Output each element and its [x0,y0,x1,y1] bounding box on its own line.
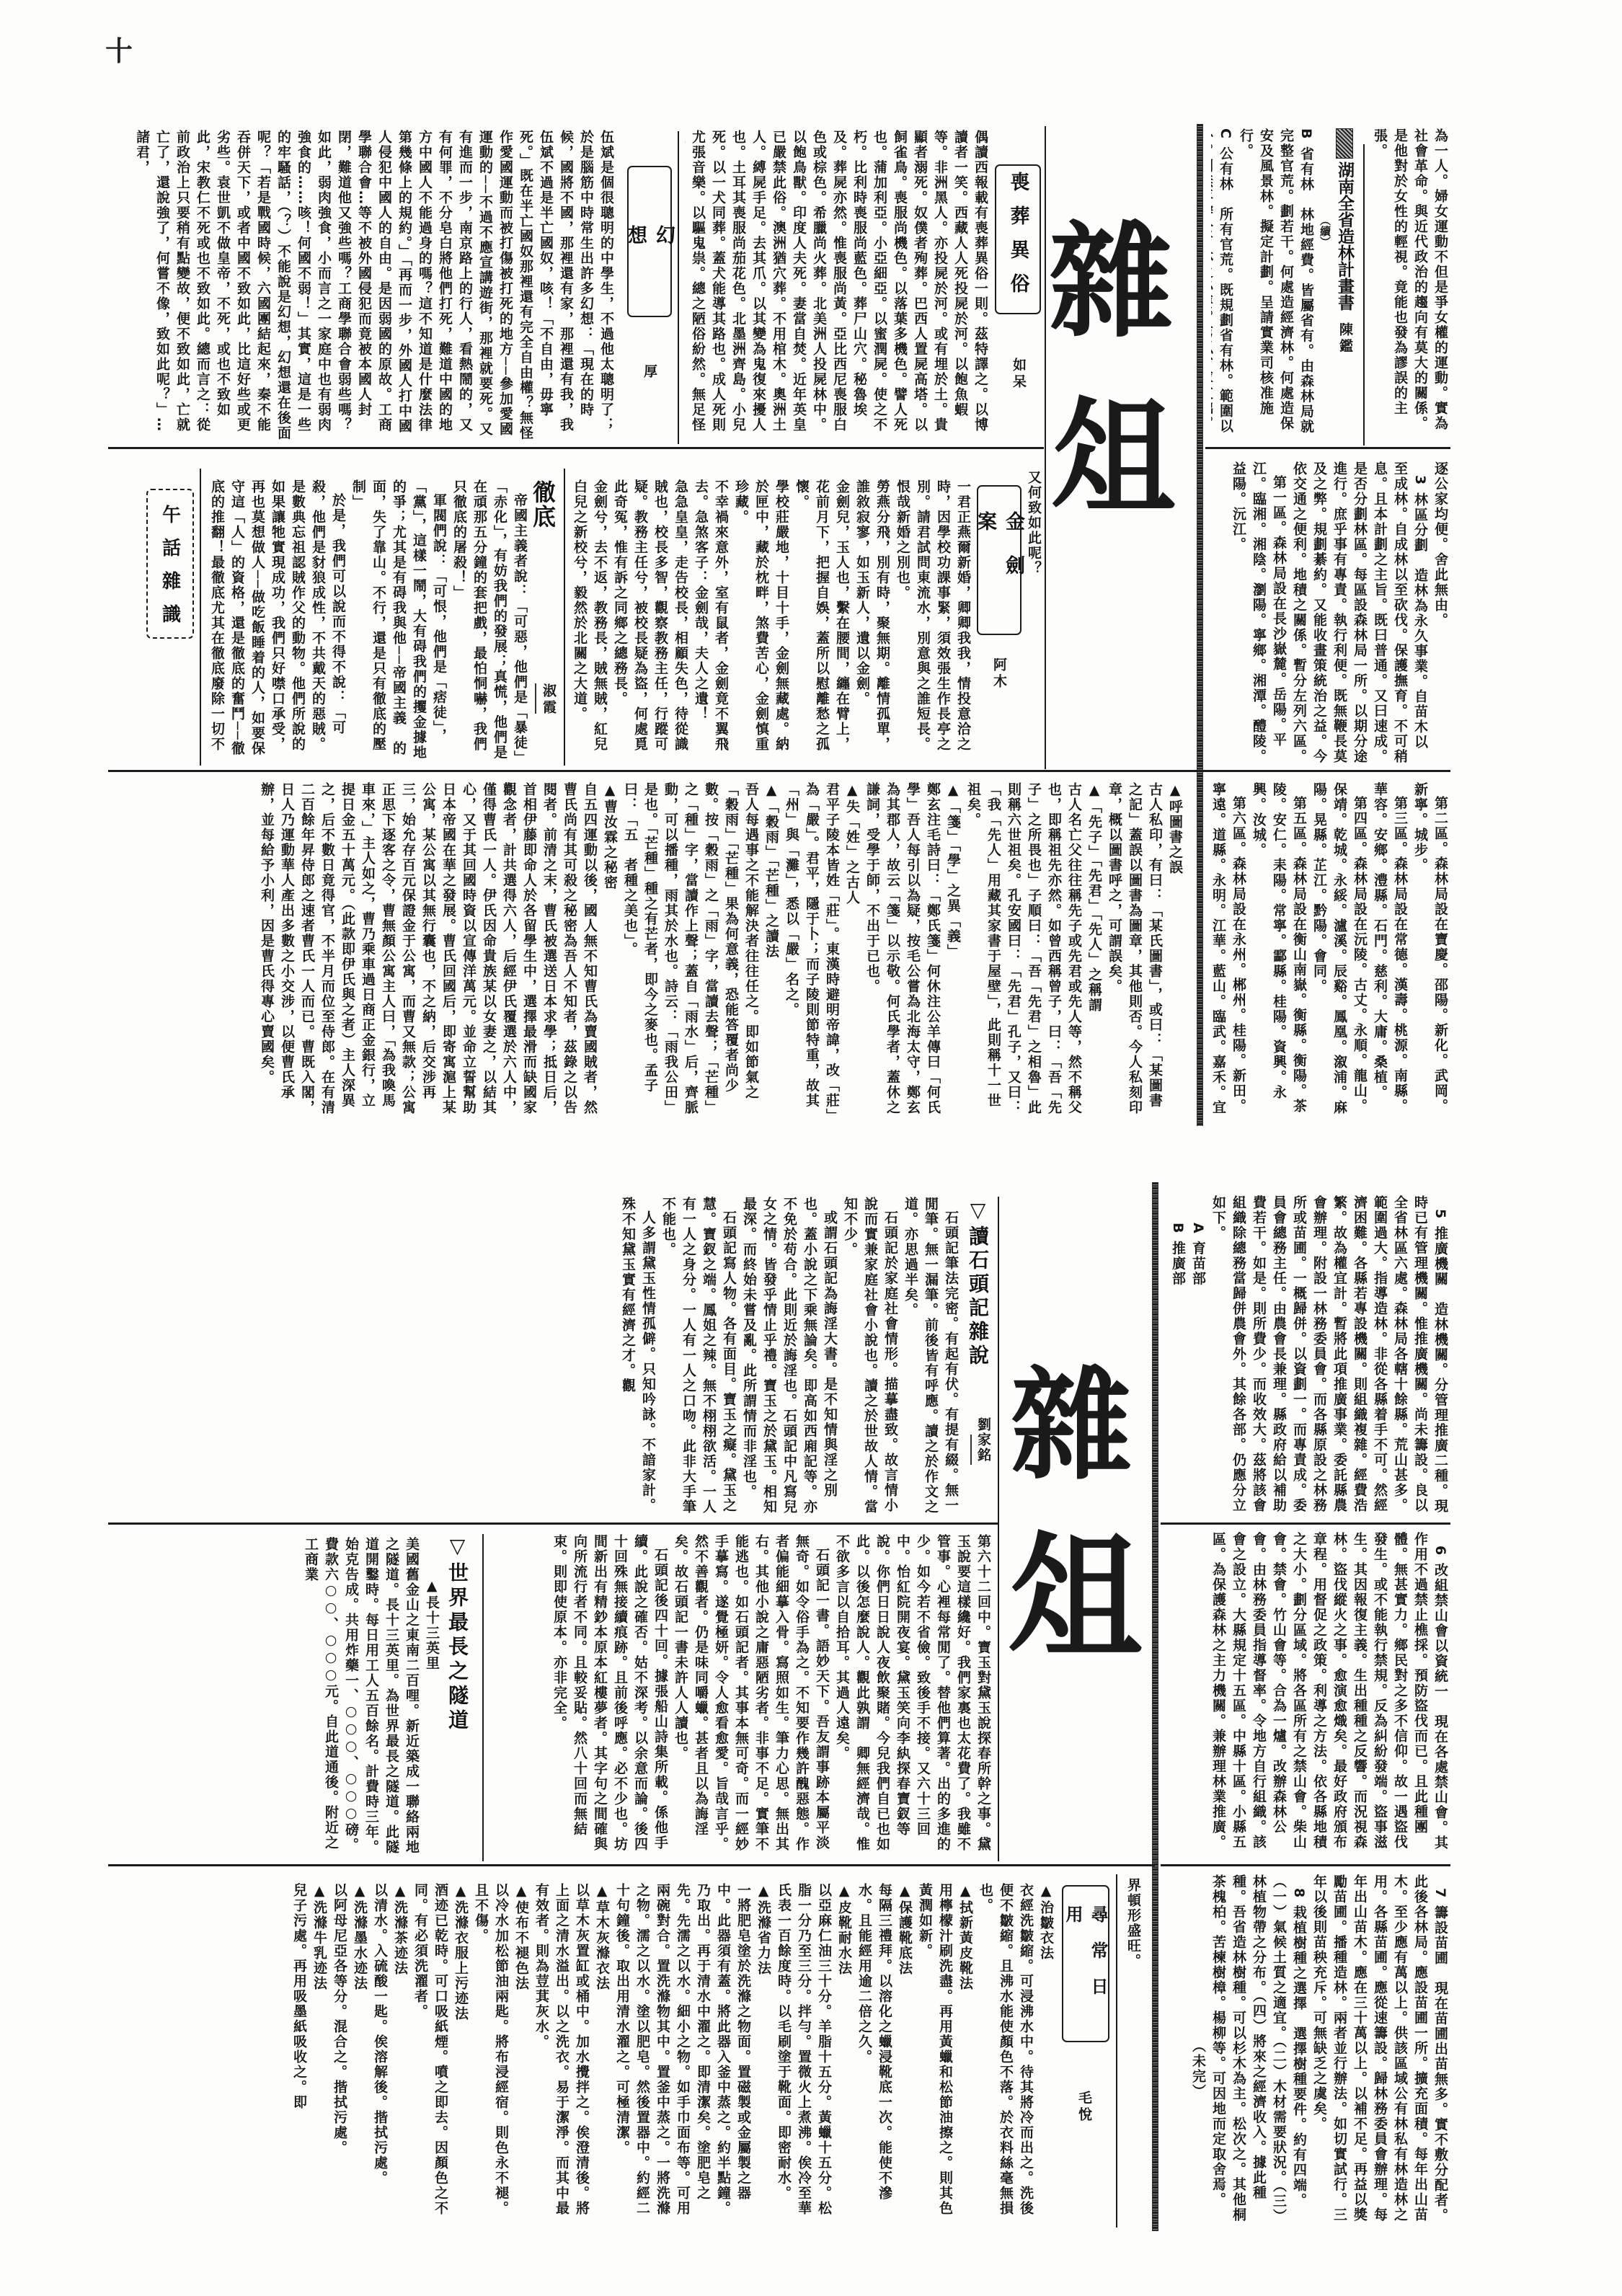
thorough-author: 淑霞 [539,683,559,717]
note-body: 鄭玄注毛詩曰：「鄭氏箋」何休注公羊傳曰「何氏學」吾人每引以為疑，按毛公嘗為北海太… [862,782,943,1122]
forestry-plan-part1: B 省有林 林地經費。皆屬省有。由森林局就完整官荒。劃若干。何處造經濟林。何處造… [1211,128,1316,446]
noon-notes-title: 午話雜識 [157,505,184,637]
tip-heading: ▲拭新黃皮靴法 [955,1883,975,2228]
daily-use-body: ▲治皺衣法 衣經洗皺縮。可浸沸水中。待其將冷而出之。洗後便不皺縮。且沸水能使顏色… [112,1883,1056,2228]
article-text: 美國舊金山之東南二百哩。新近築成一聯絡兩地之隧道。長十三英里。為世界最長之隧道。… [301,1537,422,1863]
article-text: 界頓形盛旺。 [1123,1878,1143,2022]
tip-heading: ▲洗滌牛乳迹法 [309,1883,329,2228]
article-text: 偶讀西報載有喪葬異俗一則。茲特譯之。以博讀者一笑。西藏人人死投屍於河。以飽魚蝦等… [685,130,991,444]
funeral-customs-body: 偶讀西報載有喪葬異俗一則。茲特譯之。以博讀者一笑。西藏人人死投屍於河。以飽魚蝦等… [685,130,991,444]
tip-body: 以亞麻仁油三十分。羊脂十五分。黃蠟十五分。松脂一分乃至三分。拌勻。置微火上煮沸。… [774,1883,834,2228]
tip-body: 以清水。入硫酸一匙。俟溶解後。揩拭污處。 [370,1883,390,2228]
tunnel-header: ▽世界最長之隧道 [446,1534,471,1743]
article-paragraph: 第六十二回中。寶玉對黛玉說探春所幹之事。黛玉說要這樣纔好。我們家裏也太花費了。我… [832,1534,993,1861]
stone-story-author: 劉家銘 [974,1417,993,1463]
article-paragraph: 石頭記寫人物。各有面目。寶玉之癡。黛玉之慧。寶釵之端。鳳姐之辣。無不栩栩欲活。一… [658,1197,739,1518]
stone-story-title: 讀石頭記雜說 [966,1225,990,1368]
note-heading: ▲「先子」「先君」「先人」之稱謂 [1084,782,1104,1122]
forestry-plan-part6: 7 籌設苗圃 現在苗圃出苗無多。實不敷分配者。此後各林局。應設苗圃一所。擴充面積… [1162,1874,1450,2228]
article-paragraph: 人多謂黛玉性情孤僻。只知吟詠。不諳家計。殊不知黛玉實有經濟之才。觀 [618,1197,658,1518]
to-be-continued-note: （未完） [1368,128,1370,446]
article-paragraph: 學校莊嚴地，十目十手，金劍無藏處。納於匣中，藏於枕畔，煞費苦心，金劍慎重珍藏。 [731,479,792,765]
article-paragraph: 軍閥們說：「可恨，他們是「痞徒」，「黨」，這樣一鬧，大有碍我們的攫金據地的爭；尤… [348,479,449,765]
forestry-paragraph: 7 籌設苗圃 現在苗圃出苗無多。實不敷分配者。此後各林局。應設苗圃一所。擴充面積… [1309,1874,1450,2228]
forestry-paragraph: C 公有林 所有官荒。既規劃省有林。範圍以外。則無再辦公有林之必要。第以省庫支絀… [1211,128,1236,446]
article-paragraph: 或謂石頭記為誨淫大書。是不知情與淫之別也。蓋小說之下乘無論矣。即高如西廂記等。亦… [739,1197,840,1518]
tip-body: 兒子污處。再用吸墨紙吸收之。即 [289,1883,309,2228]
forestry-plan-part3: 第二區。森林局設在寶慶。邵陽。新化。武岡。新寧。城步。 第三區。森林局設在常德。… [1211,782,1450,1121]
note-heading: ▲失「姓」之古人 [842,782,862,1122]
column-title-char-1: 雜 [1011,1365,1132,1486]
tip-heading: ▲洗滌省力法 [753,1883,774,2228]
column-divider [1363,144,1365,446]
horizontal-rule [1161,1864,1450,1866]
forestry-plan-part5: 6 改組禁山會以資統一 現在各處禁山會。其作用不過禁止樵採。預防盜伐而已。且此種… [1162,1532,1450,1860]
fantasy-title-box: 幻想 [627,166,672,317]
forestry-paragraph: 3 林區分劃 造林為永久事業。自苗木以至成林。自成林以至砍伐。保護撫育。不可稍息… [1289,461,1430,764]
tip-heading: ▲皮靴耐水法 [834,1883,854,2228]
forestry-paragraph: 第四區。森林局設在沅陵。古丈。永順。龍山。保靖。乾城。永綏。瀘溪。辰谿。鳳凰。溆… [1309,782,1370,1121]
column-divider [564,469,565,766]
forestry-paragraph: B 省有林 林地經費。皆屬省有。由森林局就完整官荒。劃若干。何處造經濟林。何處造… [1236,128,1316,446]
fantasy-title: 幻想 [621,225,678,316]
tip-body: 酒迹已乾時。可口吸紙煙。噴之即去。因顏色之不同。有必須洗濯者。 [410,1883,451,2228]
tunnel-subheading: ▲長十三英里 [422,1537,442,1863]
forestry-paragraph: 8 栽植樹種之選擇 選擇樹種要件。約有四端。（一）氣候土質之適宜。（二）木材需要… [1208,1874,1309,2228]
fantasy-author: 厚 [640,364,660,381]
note-body: 自五四運動以後，國人無不知曹氏為賣國賊者，然曹氏尚有其可殺之秘密為吾人不知者，茲… [257,782,600,1122]
golden-sword-title-box: 金劍案 [977,485,1021,635]
note-heading: ▲呼圖書之誤 [1165,782,1185,1122]
tip-heading: ▲治皺衣法 [1036,1883,1056,2228]
column-divider [200,469,201,766]
tip-body: 以冷水加松節油兩匙。將布浸經宿。則色永不褪。且不傷。 [471,1883,511,2228]
article-paragraph: 勞燕分飛，別有時，聚無期。離情孤單，誰敘寂寥，如玉新人，遺以金劍。 [852,479,892,765]
horizontal-rule [1161,1522,1450,1525]
forestry-paragraph: 6 改組禁山會以資統一 現在各處禁山會。其作用不過禁止樵採。預防盜伐而已。且此種… [1208,1532,1450,1860]
forestry-paragraph: 第一區。森林局設在長沙嶽麓。岳陽。平江。臨湘。湘陰。瀏陽。寧鄉。湘潭。醴陵。益陽… [1228,461,1289,764]
column-divider [482,1534,484,1861]
triangle-marker-icon: ▽ [446,1534,469,1562]
tip-body: 以草木灰置缸或桶中。加水攪拌之。俟澄清後。將上面之清水溢出。以之洗衣。易于潔淨。… [531,1883,592,2228]
forestry-plan-part4: 5 推廣機關 造林機關。分管理推廣二種。現時已有管理機關。惟推廣機關。尚未籌設。… [1162,1195,1450,1517]
horizontal-rule [1205,447,1450,449]
author-bracket [535,683,536,714]
forestry-plan-title: 湖南全省造林計畫書 [1335,161,1354,311]
tip-heading: ▲保護靴底法 [895,1883,915,2228]
horizontal-rule [108,447,1044,449]
daily-use-title: 尋常日用 [1060,1905,1111,2041]
forestry-paragraph: 第六區。森林局設在永州。郴州。桂陽。新田。寧遠。道縣。永明。江華。藍山。臨武。嘉… [1211,782,1249,1121]
horizontal-rule [108,1864,1155,1866]
forestry-plan-part2: 逐公家均便。舍此無由。 3 林區分劃 造林為永久事業。自苗木以至成林。自成林以至… [1211,461,1450,764]
golden-sword-author: 阿木 [990,657,1009,691]
decorative-border-top [1197,124,1203,1126]
article-paragraph: 石頭記一書。語妙天下。吾友謂事跡本屬平淡無奇。如令俗手為之。不知要作幾許醜惡態。… [670,1534,832,1861]
forestry-paragraph: 逐公家均便。舍此無由。 [1430,461,1450,764]
tunnel-title: 世界最長之隧道 [446,1562,469,1734]
article-paragraph: 於是，我們可以說而不得不說：「可殺，他們是豺狼成性，不共戴天的惡賊。是數典忘祖認… [205,479,348,765]
thorough-body: 帝國主義者說：「可惡，他們是「暴徒」「赤化」，有妨我們的發展；真慌，他們是在頑那… [205,479,530,765]
tip-body: 每隔三禮拜。以溶化之蠟浸靴底一次。能使不滲水。且能經用逾二倍之久。 [854,1883,895,2228]
column-divider [998,1197,999,1861]
tunnel-body: ▲長十三英里 美國舊金山之東南二百哩。新近築成一聯絡兩地之隧道。長十三英里。為世… [112,1537,442,1863]
stone-story-body-a: 石頭記筆法完密。有起有伏。有提有綴。無一閒筆。無一漏筆。前後皆有呼應。讀之於作文… [112,1197,961,1518]
funeral-customs-title: 喪葬異俗 [1004,172,1032,307]
tip-heading: ▲使布不褪色法 [511,1883,531,2228]
newspaper-page: 十 為一人。婦女運動不但是爭女權的運動。實為社會革命。與近代政治的趨向有莫大的關… [0,0,1622,2296]
forestry-paragraph: 第五區。森林局設在衡山南嶽。衡縣。衡陽。茶陵。安仁。耒陽。常寧。酃縣。桂陽。資興… [1249,782,1309,1121]
article-paragraph: 一君正燕爾新婚，卿卿我我，情投意洽之時，因學校功課事緊，須效張生作長亭之別。請君… [892,479,973,765]
article-paragraph: 帝國主義者說：「可惡，他們是「暴徒」「赤化」，有妨我們的發展；真慌，他們是在頑那… [449,479,530,765]
tip-body: 用檸檬汁刷洗盡。再用黃蠟和松節油擦之。則其色黃潤如新。 [915,1883,955,2228]
continued-label: （續） [1318,215,1332,265]
column-divider [1045,126,1046,769]
daily-use-title-box: 尋常日用 [1062,1885,1109,2042]
prev-article-ending: 為一人。婦女運動不但是爭女權的運動。實為社會革命。與近代政治的趨向有莫大的關係。… [1368,128,1450,446]
note-heading: ▲「箋」「學」之異「義」 [943,782,963,1122]
forestry-paragraph: 5 推廣機關 造林機關。分管理推廣二種。現時已有管理機關。惟推廣機關。尚未籌設。… [1208,1195,1450,1517]
forestry-plan-title-column: 湖南全省造林計畫書 [1332,128,1355,323]
corner-mark: 十 [105,29,133,68]
noon-notes-title-box: 午話雜識 [146,489,194,639]
prev-article-text: 為一人。婦女運動不但是爭女權的運動。實為社會革命。與近代政治的趨向有莫大的關係。… [1370,128,1450,446]
article-paragraph: 金劍兒，玉人也，繫在腰間，纏在臂上，花前月下，把握自娛，蓋所以慰離愁之孤懷。 [792,479,852,765]
title-ornament-icon [1336,128,1353,159]
forestry-paragraph: 第二區。森林局設在寶慶。邵陽。新化。武岡。新寧。城步。 [1410,782,1450,1121]
column-title-char-2: 俎 [1008,1530,1142,1664]
golden-sword-body: 一君正燕爾新婚，卿卿我我，情投意洽之時，因學校功課事緊，須效張生作長亭之別。請君… [570,479,973,765]
golden-sword-title: 金劍案 [971,511,1027,634]
article-paragraph: 石頭記筆法完密。有起有伏。有提有綴。無一閒筆。無一漏筆。前後皆有呼應。讀之於作文… [900,1197,961,1518]
article-paragraph: 不幸禍來意外，室有鼠者，金劍竟不翼飛去。急煞客子：金劍哉，夫人之遺！ [691,479,731,765]
tip-heading: ▲草木灰滌衣法 [592,1883,612,2228]
column-divider [678,131,679,444]
note-body: 古人私印，有曰：「某氏圖書」，或曰：「某圖書之記」蓋誤以圖書為圖章，其他則否。今… [1104,782,1165,1122]
article-text: 伍斌是個很聰明的中學生，不過他太聰明了；於是腦筋中時常生出許多幻想：「現在的時候… [137,130,616,444]
horizontal-rule [108,1522,999,1525]
column-divider [1116,1874,1117,2228]
decorative-border-bottom [1152,1182,1158,2231]
tip-heading: ▲洗滌茶迹法 [390,1883,410,2228]
note-heading: ▲「穀雨」「芒種」之讀法 [761,782,781,1122]
article-paragraph: 石頭記於家庭社會情形。描摹盡致。故言情小說而實兼家庭社會小說也。讀之於世故人情。… [840,1197,900,1518]
column-title-char-1: 雜 [1049,220,1173,344]
forestry-subheading: A 育苗部 [1188,1195,1208,1517]
tip-body: 以阿母尼亞各等分。混合之。揩拭污處。 [329,1883,350,2228]
horizontal-rule [108,770,1450,772]
funeral-customs-title-box: 喪葬異俗 [995,164,1041,314]
column-title-char-2: 俎 [1051,395,1175,519]
article-paragraph: 石頭記後四十回。據張船山詩集所載。係他手續。此說之確否。姑不深考。以余意而論。後… [549,1534,670,1861]
tip-heading: ▲洗滌墨水迹法 [350,1883,370,2228]
thorough-title: 徹底 [532,480,559,545]
note-body: 君平子陵本皆姓「莊」。東漢時避明帝諱，改「莊」為「嚴」。君平，隱于卜；而子陵則節… [781,782,842,1122]
article-paragraph: 急急皇皇，走告校長，相顧失色，待從識賊也，校長多智，觀察教務主任，行蹤可疑。教務… [610,479,691,765]
triangle-marker-icon: ▽ [966,1198,990,1225]
to-be-continued-note: （未完） [1188,1874,1208,2228]
daily-use-author: 毛悅 [1075,2091,1094,2124]
fantasy-body: 伍斌是個很聰明的中學生，不過他太聰明了；於是腦筋中時常生出許多幻想：「現在的時候… [137,130,616,444]
forestry-paragraph: 第三區。森林局設在常德。漢壽。桃源。南縣。華容。安鄉。澧縣。石門。慈利。大庸。桑… [1370,782,1410,1121]
note-body: 吾人每遇事之不能解決者往往任之。即如節氣之「穀雨」「芒種」果為何意義，恐能答覆者… [620,782,761,1122]
tip-body: 衣經洗皺縮。可浸沸水中。待其將冷而出之。洗後便不皺縮。且沸水能使顏色不落。於衣料… [975,1883,1036,2228]
forestry-subheading: B 推廣部 [1168,1195,1188,1517]
note-heading: ▲曹汝霖之秘密 [600,782,620,1122]
note-body: 古人名亡父往往稱先子或先君或先人等，然不稱父也，即稱祖先亦然。如曾西稱曾子，曰：… [963,782,1084,1122]
tunnel-tail: 界頓形盛旺。 [1122,1878,1143,2022]
article-paragraph: 金劍兮，去不返，教務長，賊無賊，紅兒白兒之新校兮，毅然於北關之大道。 [570,479,610,765]
forestry-plan-author: 陳鑑 [1336,322,1355,355]
tip-heading: ▲洗滌衣服上污迹法 [451,1883,471,2228]
funeral-customs-author: 如呆 [1009,358,1029,391]
author-bracket [970,1435,972,1465]
stone-story-body-b: 第六十二回中。寶玉對黛玉說探春所幹之事。黛玉說要這樣纔好。我們家裏也太花費了。我… [487,1534,993,1861]
noon-notes-body: ▲呼圖書之誤 古人私印，有曰：「某氏圖書」，或曰：「某圖書之記」蓋誤以圖書為圖章… [110,782,1185,1122]
tip-body: 一將肥皂塗於洗滌之物面。置磁製或金屬製之器中。此器須有蓋。將此器入釜中蒸之。約半… [612,1883,753,2228]
stone-story-header: ▽讀石頭記雜說 [966,1198,992,1378]
